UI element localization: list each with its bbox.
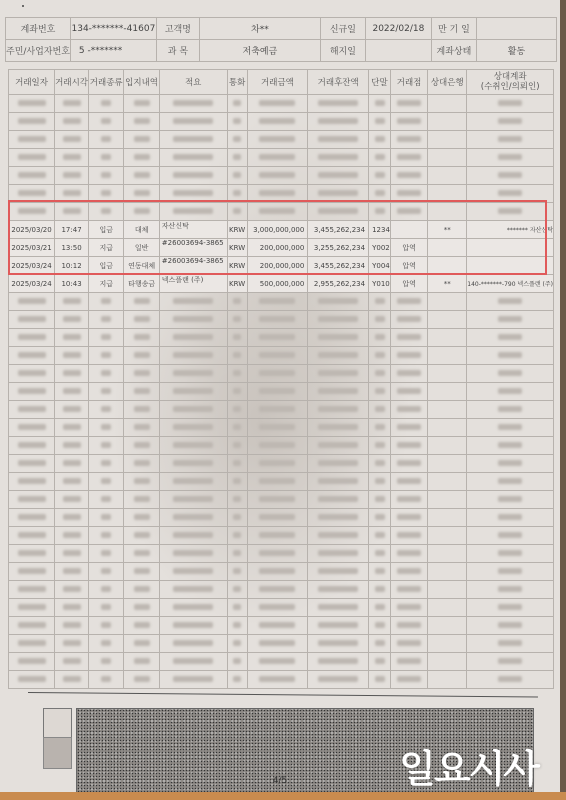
- blurred-row: [9, 347, 554, 365]
- open-date: 2022/02/18: [365, 18, 431, 40]
- blurred-row: [9, 455, 554, 473]
- blurred-row: [9, 545, 554, 563]
- blurred-row: [9, 311, 554, 329]
- close-date-label: 해지일: [320, 40, 365, 62]
- cell-time: 10:43: [55, 275, 89, 293]
- blurred-row: [9, 509, 554, 527]
- blurred-row: [9, 167, 554, 185]
- col-bank: 상대은행: [428, 70, 467, 95]
- id-number: 5 -*******: [70, 40, 156, 62]
- blurred-row: [9, 671, 554, 689]
- blurred-row: [9, 95, 554, 113]
- cell-memo: 넥스플랜 (주): [159, 275, 227, 293]
- table-header: 거래일자 거래시각 거래종류 입지내역 적요 통화 거래금액 거래후잔액 단말 …: [9, 70, 554, 95]
- maturity-date: [476, 18, 556, 40]
- cell-branch: 압역: [390, 275, 427, 293]
- blurred-row: [9, 581, 554, 599]
- cell-detail: 타행송금: [124, 275, 159, 293]
- col-time: 거래시각: [55, 70, 89, 95]
- blurred-row: [9, 599, 554, 617]
- cell-currency: KRW: [227, 275, 247, 293]
- cell-counter: 140-*******-790 넥스플랜 (주): [467, 275, 554, 293]
- stamp-box-bottom: [43, 737, 72, 769]
- transaction-table: 거래일자 거래시각 거래종류 입지내역 적요 통화 거래금액 거래후잔액 단말 …: [8, 69, 554, 689]
- subject-label: 과 목: [156, 40, 199, 62]
- open-date-label: 신규일: [320, 18, 365, 40]
- blurred-row: [9, 383, 554, 401]
- cell-bank: **: [428, 275, 467, 293]
- blurred-row: [9, 617, 554, 635]
- status-label: 계좌상태: [431, 40, 476, 62]
- blurred-row: [9, 293, 554, 311]
- blurred-row: [9, 401, 554, 419]
- watermark: 일요시사: [399, 738, 538, 793]
- col-date: 거래일자: [9, 70, 55, 95]
- cell-terminal: Y010: [369, 275, 391, 293]
- blurred-row: [9, 329, 554, 347]
- account-no-label: 계좌번호: [6, 18, 71, 40]
- col-memo: 적요: [159, 70, 227, 95]
- blurred-row: [9, 437, 554, 455]
- account-no: 134-*******-41607: [70, 18, 156, 40]
- cell-type: 지급: [89, 275, 124, 293]
- desk-surface: [0, 792, 566, 800]
- blurred-row: [9, 131, 554, 149]
- col-balance: 거래후잔액: [308, 70, 369, 95]
- customer-name: 차**: [199, 18, 320, 40]
- speck: [22, 5, 24, 7]
- blurred-row: [9, 149, 554, 167]
- blurred-row: [9, 563, 554, 581]
- id-label: 주민/사업자번호: [6, 40, 71, 62]
- col-detail: 입지내역: [124, 70, 159, 95]
- cell-amount: 500,000,000: [247, 275, 308, 293]
- col-counterparty: 상대계좌 (수취인/의뢰인): [467, 70, 554, 95]
- bank-statement-page: 계좌번호 134-*******-41607 고객명 차** 신규일 2022/…: [0, 0, 560, 792]
- blurred-row: [9, 653, 554, 671]
- footer-rule: [28, 692, 538, 697]
- cell-balance: 2,955,262,234: [308, 275, 369, 293]
- account-info-table: 계좌번호 134-*******-41607 고객명 차** 신규일 2022/…: [5, 17, 557, 62]
- col-type: 거래종류: [89, 70, 124, 95]
- cell-date: 2025/03/24: [9, 275, 55, 293]
- transaction-row: 2025/03/2410:43지급타행송금넥스플랜 (주)KRW500,000,…: [9, 275, 554, 293]
- blurred-row: [9, 473, 554, 491]
- col-terminal: 단말: [369, 70, 391, 95]
- blurred-row: [9, 635, 554, 653]
- blurred-row: [9, 527, 554, 545]
- col-currency: 통화: [227, 70, 247, 95]
- subject: 저축예금: [199, 40, 320, 62]
- highlight-box: [8, 200, 547, 275]
- close-date: [365, 40, 431, 62]
- col-amount: 거래금액: [247, 70, 308, 95]
- blurred-row: [9, 365, 554, 383]
- blurred-row: [9, 419, 554, 437]
- blurred-row: [9, 113, 554, 131]
- blurred-row: [9, 491, 554, 509]
- account-status: 활동: [476, 40, 556, 62]
- maturity-label: 만 기 일: [431, 18, 476, 40]
- col-branch: 거래점: [390, 70, 427, 95]
- customer-label: 고객명: [156, 18, 199, 40]
- stamp-box-top: [43, 708, 72, 739]
